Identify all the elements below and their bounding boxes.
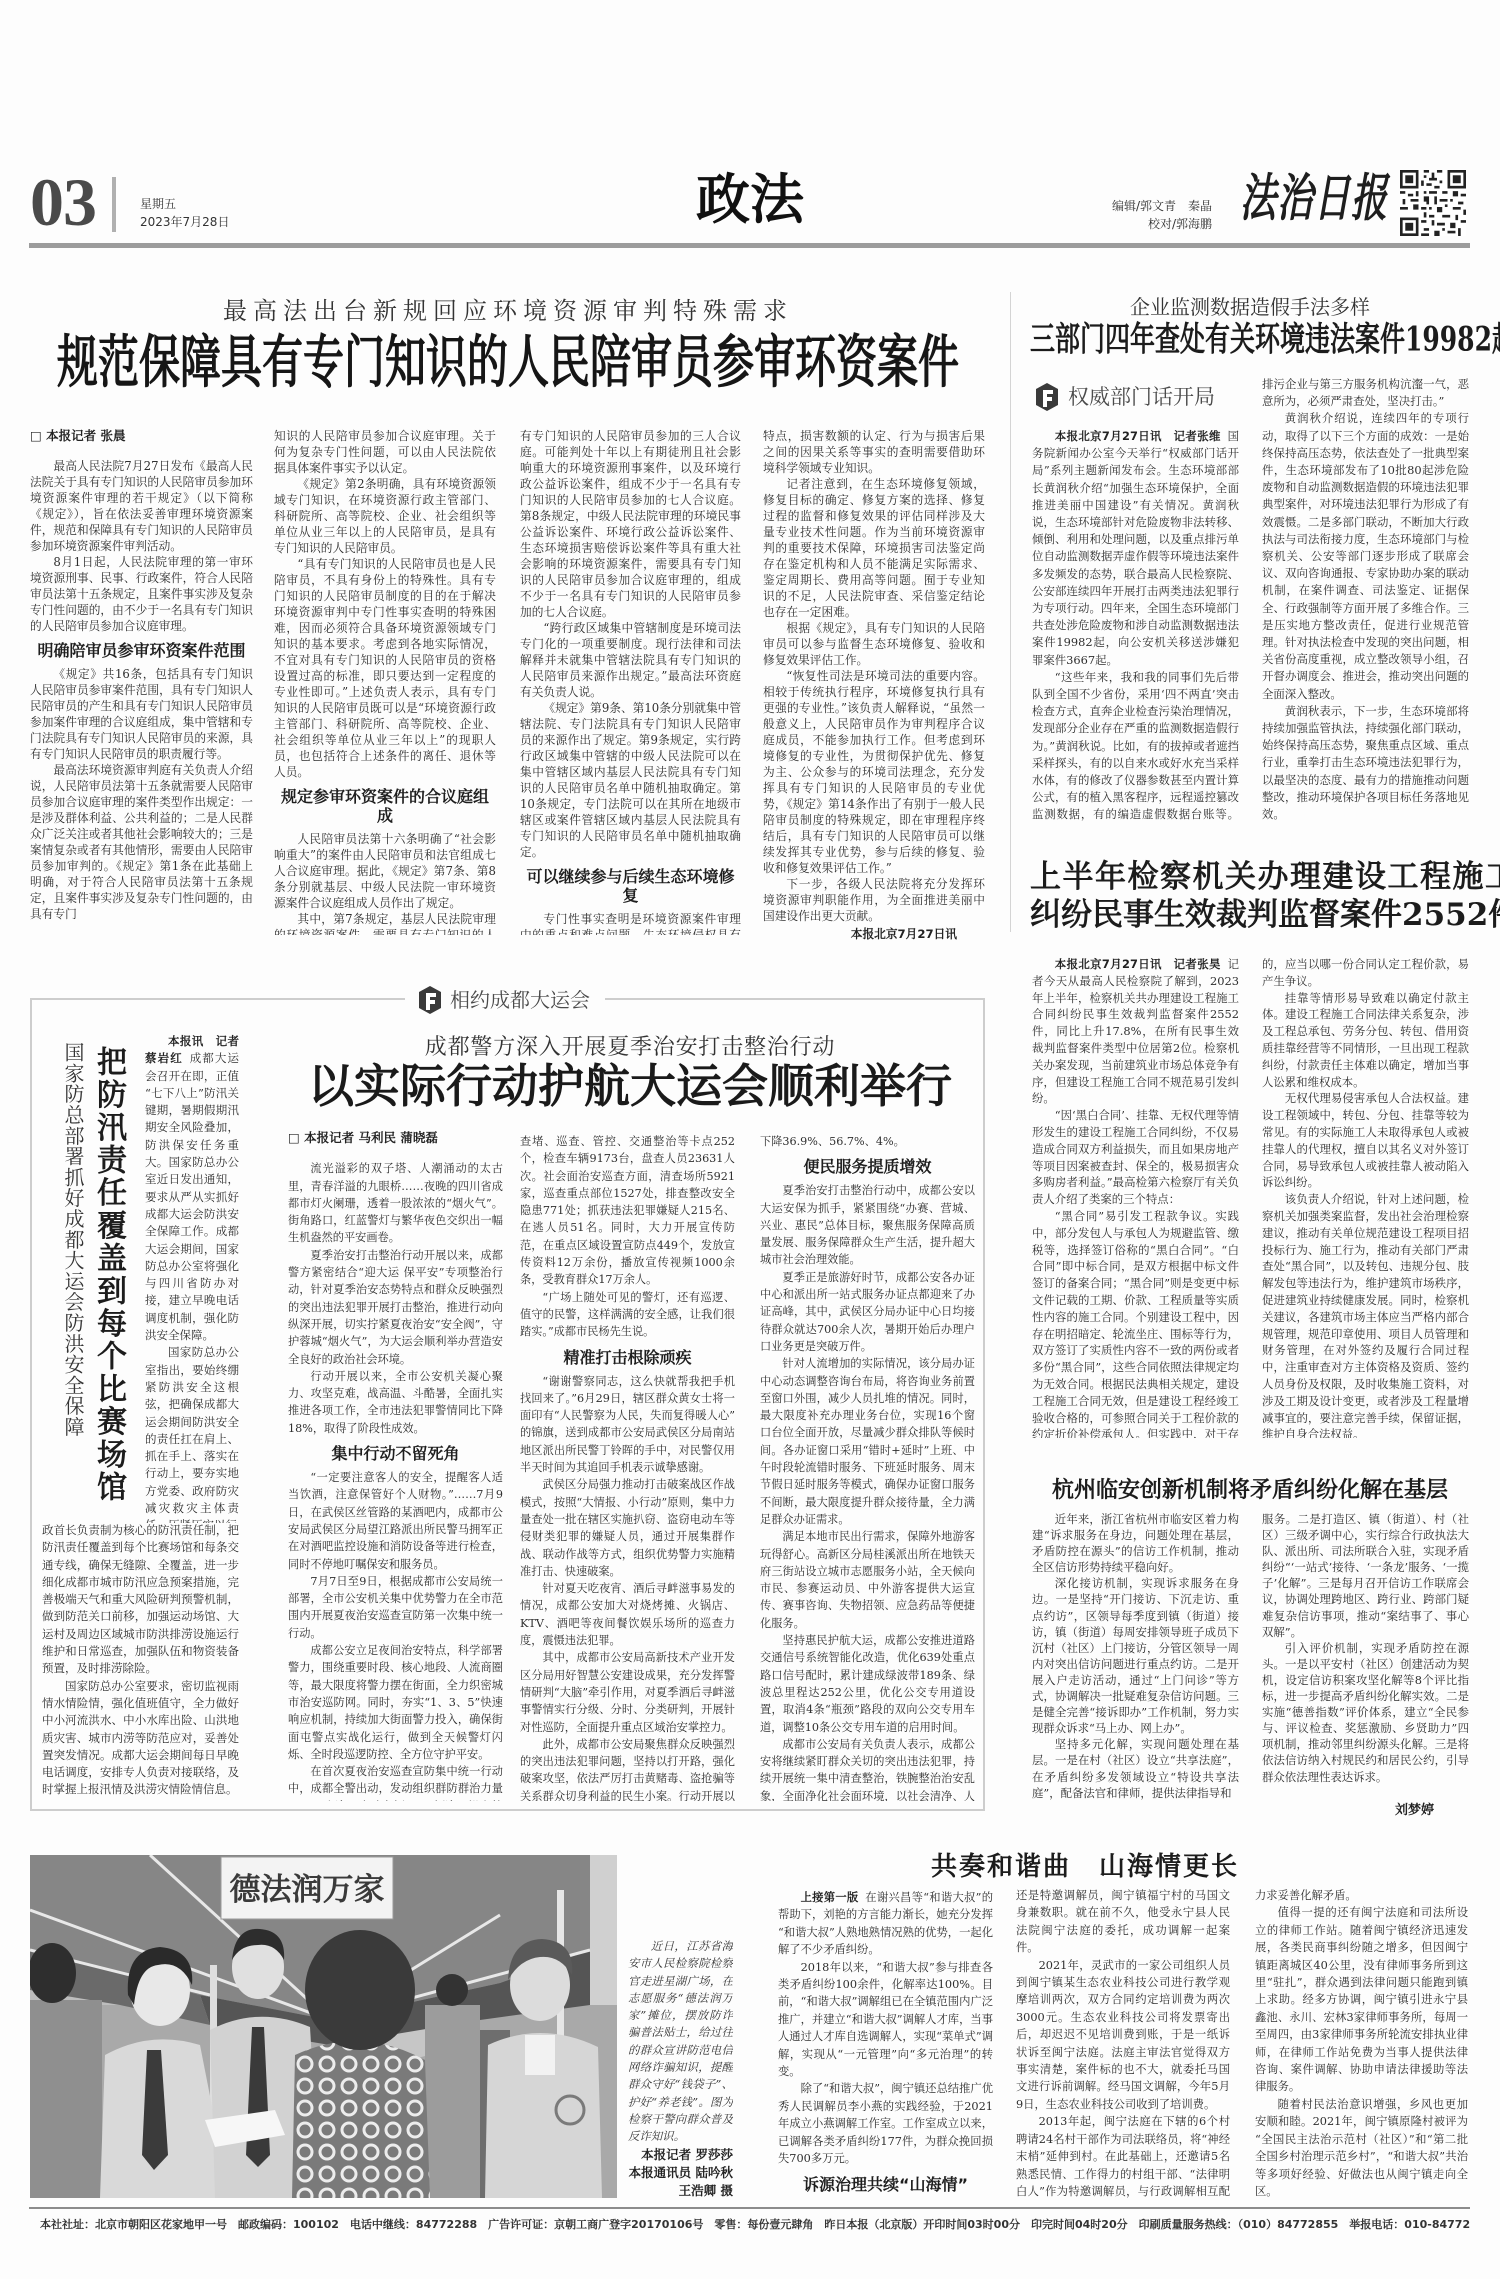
paragraph: “黑合同”易引发工程款争议。实践中，部分发包人与承包人为规避监管、缴税等，选择签…: [1032, 1208, 1239, 1438]
body-text: 行动开展以来，全市公安机关凝心聚力、攻坚克难，战高温、斗酷暑，全面扎实推进各项工…: [288, 1370, 503, 1435]
column-tag-label: 权威部门话开局: [1068, 384, 1215, 410]
body-text: 成都公安立足夜间治安特点，科学部署警力，围绕重要时段、核心地段、人流商圈等，最大…: [288, 1644, 503, 1761]
newspaper-page: 03 星期五 2023年7月28日 政法 编辑/郭文青 秦晶 校对/郭海鹏 法治…: [0, 0, 1500, 2279]
paragraph: “具有专门知识的人民陪审员也是人民陪审员，不具有身份上的特殊性。具有专门知识的人…: [274, 556, 496, 780]
body-text: □ 本报记者 马利民 蒲晓磊: [288, 1130, 438, 1145]
proofreader: 校对/郭海鹏: [1040, 217, 1212, 231]
body-text: 记者注意到，在生态环境修复领域，修复目标的确定、修复方案的选择、修复过程的监督和…: [763, 477, 985, 619]
header-divider: [112, 177, 116, 232]
body-text: 深化接访机制，实现诉求服务在身边。一是坚持“开门接访、下沉走访、重点约访”，区领…: [1032, 1576, 1239, 1735]
body-text: 8月1日起，人民法院审理的第一审环境资源刑事、民事、行政案件，符合人民陪审员法第…: [30, 555, 253, 633]
body-text: “一定要注意客人的安全，提醒客人适当饮酒，注意保管好个人财物。”……7月9日，在…: [288, 1471, 503, 1570]
flood-story-headline: 把防汛责任覆盖到每个比赛场馆: [92, 1046, 124, 1504]
paragraph: 满足本地市民出行需求，保障外地游客玩得舒心。高新区分局桂溪派出所在地铁天府三街站…: [760, 1528, 975, 1632]
body-text: 王浩卿 摄: [679, 2183, 733, 2198]
body-text: 国家防总办公室要求，密切监视雨情水情险情，强化值班值守，全力做好中小河流洪水、中…: [42, 1679, 239, 1797]
body-text: 随着村民法治意识增强，乡风也更加安顺和睦。2021年，闽宁镇原隆村被评为“全国民…: [1255, 2098, 1468, 2198]
footer-imprint: 本社社址：北京市朝阳区花家地甲一号 邮政编码：100102 电话中继线：8477…: [40, 2218, 1470, 2232]
paragraph: 最高法环境资源审判庭有关负责人介绍说，人民陪审员法第十五条就需要人民陪审员参加合…: [30, 762, 253, 922]
harmony-story-column-1: 上接第一版在谢兴昌等“和谐大叔”的帮助下，刘艳的方言能力渐长，她充分发挥“和谐大…: [778, 1889, 993, 2201]
news-photo: 德法润万家: [30, 1855, 617, 2198]
paragraph-continued: 还是特邀调解员，闽宁镇福宁村的马国文身兼数职。就在前不久，他受永宁县人民法院闽宁…: [1016, 1887, 1230, 1957]
body-text: 其中，成都市公安局高新技术产业开发区分局用好智慧公安建设成果，充分发挥警情研判“…: [520, 1651, 735, 1733]
body-text: 下一步，各级人民法院将充分发挥环境资源审判职能作用，为全面推进美丽中国建设作出更…: [763, 877, 985, 923]
paragraph: 最高人民法院7月27日发布《最高人民法院关于具有专门知识的人民陪审员参加环境资源…: [30, 458, 253, 554]
paragraph: 无权代理易侵害承包人合法权益。建设工程领域中，转包、分包、挂靠等较为常见。有的实…: [1262, 1090, 1469, 1191]
body-text: □ 本报记者 张晨: [30, 428, 126, 443]
env-story-headline: 三部门四年查处有关环境违法案件19982起: [1030, 321, 1470, 357]
body-text: 针对夏天吃夜宵、酒后寻衅滋事易发的情况，成都公安加大对烧烤摊、火锅店、KTV、酒…: [520, 1582, 735, 1647]
lead-text: 本报北京7月27日讯 记者张昊: [1055, 957, 1221, 971]
body-text: 精准打击根除顽疾: [563, 1348, 691, 1367]
body-text: 针对人流增加的实际情况，该分局办证中心动态调整咨询台布局，将咨询业务前置至窗口外…: [760, 1357, 975, 1526]
body-text: 《规定》共16条，包括具有专门知识人民陪审员参审案件范围，具有专门知识人民陪审员…: [30, 667, 253, 761]
body-text: 流光溢彩的双子塔、人潮涌动的太古里，青春洋溢的九眼桥……夜晚的四川省成都市灯火阑…: [288, 1162, 503, 1244]
header-rule: [29, 243, 1470, 248]
body-text: 满足本地市民出行需求，保障外地游客玩得舒心。高新区分局桂溪派出所在地铁天府三街站…: [760, 1530, 975, 1629]
masthead-logo: 法治日报: [1240, 170, 1395, 227]
body-text: 《规定》第9条、第10条分别就集中管辖法院、专门法院具有专门知识人民陪审员的来源…: [520, 701, 741, 859]
paragraph: “一定要注意客人的安全，提醒客人适当饮酒，注意保管好个人财物。”……7月9日，在…: [288, 1469, 503, 1573]
paragraph: 既是村组组长，又是法庭人民陪审员，: [778, 2200, 993, 2202]
paragraph: 挂靠等情形易导致难以确定付款主体。建设工程施工合同法律关系复杂，涉及工程总承包、…: [1262, 990, 1469, 1091]
paragraph: 记者注意到，在生态环境修复领域，修复目标的确定、修复方案的选择、修复过程的监督和…: [763, 476, 985, 620]
lead-story-headline: 规范保障具有专门知识的人民陪审员参审环资案件: [28, 333, 988, 391]
harmony-story-headline: 共奏和谐曲 山海情更长: [900, 1852, 1270, 1882]
lead-story-column-2: 知识的人民陪审员参加合议庭审理。关于何为复杂专门性问题，可以由人民法院依据具体案…: [274, 428, 496, 935]
body-text: 2021年，灵武市的一家公司组织人员到闽宁镇某生态农业科技公司进行教学观摩培训两…: [1016, 1959, 1230, 2111]
body-text: 本报北京7月27日讯: [851, 927, 957, 940]
env-story-column-1: 本报北京7月27日讯 记者张维国务院新闻办公室今天举行“权威部门话开局”系列主题…: [1032, 428, 1239, 825]
paragraph: “跨行政区域集中管辖制度是环境司法专门化的一项重要制度。现行法律和司法解释并未就…: [520, 620, 741, 700]
photo-credit: 王浩卿 摄: [628, 2182, 733, 2200]
paragraph: 在首次夏夜治安巡查宣防集中统一行动中，成都全警出动，发动组织群防群治力量1470…: [288, 1763, 503, 1801]
paragraph: 2021年，灵武市的一家公司组织人员到闽宁镇某生态农业科技公司进行教学观摩培训两…: [1016, 1957, 1230, 2114]
body-text: 下降36.9%、56.7%、4%。: [760, 1135, 905, 1148]
qr-code-icon: [1400, 170, 1466, 236]
paragraph-continued: 特点，损害数额的认定、行为与损害后果之间的因果关系等事实的查明需要借助环境科学领…: [763, 428, 985, 476]
paragraph: 深化接访机制，实现诉求服务在身边。一是坚持“开门接访、下沉走访、重点约访”，区领…: [1032, 1575, 1239, 1736]
harmony-story-column-2: 还是特邀调解员，闽宁镇福宁村的马国文身兼数职。就在前不久，他受永宁县人民法院闽宁…: [1016, 1887, 1230, 2201]
body-text: 力求妥善化解矛盾。: [1255, 1889, 1357, 1902]
photo-caption: 近日，江苏省海安市人民检察院检察官走进星湖广场，在志愿服务“德法润万家”摊位，摆…: [628, 1938, 733, 2203]
flood-story-wide-column: 政首长负责制为核心的防汛责任制，把防汛责任覆盖到每个比赛场馆和每条交通专线，确保…: [42, 1522, 239, 1798]
flood-story-kicker: 国家防总部署抓好成都大运会防洪安全保障: [62, 1042, 84, 1437]
paragraph: “恢复性司法是环境司法的重要内容。相较于传统执行程序，环境修复执行具有更强的专业…: [763, 668, 985, 876]
paragraph: “这些年来，我和我的同事们先后带队到全国不少省份，采用‘四不两直’突击检查方式，…: [1032, 669, 1239, 825]
hangzhou-story-column-2: 服务。二是打造区、镇（街道）、村（社区）三级矛调中心，实行综合行政执法大队、派出…: [1262, 1511, 1469, 1791]
body-text: 本报通讯员 陆吟秋: [629, 2165, 733, 2180]
body-text: 黄润秋介绍说，连续四年的专项行动，取得了以下三个方面的成效：一是始终保持高压态势…: [1262, 411, 1469, 700]
env-story-column-2: 排污企业与第三方服务机构沆瀣一气，恶意所为，必须严肃查处，坚决打击。”黄润秋介绍…: [1262, 376, 1469, 825]
body-text: 专门性事实查明是环境资源案件审理中的重点和难点问题。生态环境侵权具有长期性、隐蔽…: [520, 912, 741, 935]
paragraph: 国家防总办公室指出，要始终绷紧防洪安全这根弦，把确保成都大运会期间防洪安全的责任…: [145, 1344, 239, 1523]
body-text: 该负责人介绍说，针对上述问题，检察机关加强类案监督，发出社会治理检察建议，推动有…: [1262, 1192, 1469, 1438]
paragraph: 7月7日至9日，根据成都市公安局统一部署，全市公安机关集中优势警力在全市范围内开…: [288, 1573, 503, 1642]
paragraph: 下一步，各级人民法院将充分发挥环境资源审判职能作用，为全面推进美丽中国建设作出更…: [763, 876, 985, 924]
body-text: 黄润秋表示，下一步，生态环境部将持续加强监管执法，持续强化部门联动，始终保持高压…: [1262, 704, 1469, 821]
photo-credit: 本报通讯员 陆吟秋: [628, 2164, 733, 2182]
subheading: 规定参审环资案件的合议庭组成: [274, 787, 496, 825]
body-text: 《规定》第2条明确，具有环境资源领域专门知识，在环境资源行政主管部门、科研院所、…: [274, 477, 496, 555]
photo-banner-text: 德法润万家: [230, 1872, 385, 1908]
body-text: “黑合同”易引发工程款争议。实践中，部分发包人与承包人为规避监管、缴税等，选择签…: [1032, 1209, 1239, 1438]
section-logo-icon: [416, 985, 444, 1015]
body-text: 国家防总办公室指出，要始终绷紧防洪安全这根弦，把确保成都大运会期间防洪安全的责任…: [145, 1345, 239, 1523]
page-number: 03: [30, 168, 96, 236]
paragraph-continued: 服务。二是打造区、镇（街道）、村（社区）三级矛调中心，实行综合行政执法大队、派出…: [1262, 1511, 1469, 1640]
section-title: 政法: [686, 170, 814, 228]
paragraph: 近日，江苏省海安市人民检察院检察官走进星湖广场，在志愿服务“德法润万家”摊位，摆…: [628, 1938, 733, 2146]
paragraph: 2013年起，闽宁法庭在下辖的6个村聘请24名村干部作为司法联络员，将“神经末梢…: [1016, 2113, 1230, 2201]
lead-story-column-4: 特点，损害数额的认定、行为与损害后果之间的因果关系等事实的查明需要借助环境科学领…: [763, 428, 985, 940]
paragraph: 近年来，浙江省杭州市临安区着力构建“诉求服务在身边，问题处理在基层，矛盾防控在源…: [1032, 1511, 1239, 1575]
paragraph: 本报北京7月27日讯 记者张维国务院新闻办公室今天举行“权威部门话开局”系列主题…: [1032, 428, 1239, 669]
paragraph-continued: 有专门知识的人民陪审员参加的三人合议庭。可能判处十年以上有期徒刑且社会影响重大的…: [520, 428, 741, 620]
body-text: 其中，第7条规定，基层人民法院审理的环境资源案件，需要具有专门知识的人民陪审员参…: [274, 912, 496, 935]
photo-credit: 本报记者 罗莎莎: [628, 2146, 733, 2164]
body-text: 成都市公安局有关负责人表示，成都公安将继续紧盯群众关切的突出违法犯罪，持续开展统…: [760, 1738, 975, 1801]
body-text: 无权代理易侵害承包人合法权益。建设工程领域中，转包、分包、挂靠等较为常见。有的实…: [1262, 1091, 1469, 1189]
body-text: 坚持惠民护航大运，成都公安推进道路交通信号系统智能化改造，优化639处重点路口信…: [760, 1634, 975, 1733]
body-text: 值得一提的还有闽宁法庭和司法所设立的律师工作站。随着闽宁镇经济迅速发展，各类民商…: [1255, 1906, 1468, 2093]
paragraph: 8月1日起，人民法院审理的第一审环境资源刑事、民事、行政案件，符合人民陪审员法第…: [30, 554, 253, 634]
body-text: 成都大运会召开在即，正值“七下八上”防汛关键期，暑期假期汛期安全风险叠加，防洪保…: [145, 1051, 239, 1342]
body-text: 夏季正是旅游好时节，成都公安各办证中心和派出所一站式服务办证点都迎来了办证高峰，…: [760, 1271, 975, 1353]
paragraph: 此外，成都市公安局聚焦群众反映强烈的突出违法犯罪问题，坚持以打开路，强化破案攻坚…: [520, 1736, 735, 1801]
body-text: 诉源治理共续“山海情”: [803, 2175, 968, 2194]
paragraph: 针对人流增加的实际情况，该分局办证中心动态调整咨询台布局，将咨询业务前置至窗口外…: [760, 1355, 975, 1528]
body-text: 人民陪审员法第十六条明确了“社会影响重大”的案件由人民陪审员和法官组成七人合议庭…: [274, 832, 496, 910]
paragraph: 黄润秋表示，下一步，生态环境部将持续加强监管执法，持续强化部门联动，始终保持高压…: [1262, 703, 1469, 823]
hangzhou-story-column-1: 近年来，浙江省杭州市临安区着力构建“诉求服务在身边，问题处理在基层，矛盾防控在源…: [1032, 1511, 1239, 1803]
body-text: 近年来，浙江省杭州市临安区着力构建“诉求服务在身边，问题处理在基层，矛盾防控在源…: [1032, 1512, 1239, 1574]
paragraph: 该负责人介绍说，针对上述问题，检察机关加强类案监督，发出社会治理检察建议，推动有…: [1262, 1191, 1469, 1438]
body-text: 夏季治安打击整治行动开展以来，成都警方紧密结合“迎大运 保平安”专项整治行动，针…: [288, 1249, 503, 1366]
body-text: 此外，成都市公安局聚焦群众反映强烈的突出违法犯罪问题，坚持以打开路，强化破案攻坚…: [520, 1738, 735, 1801]
lead-text: 本报北京7月27日讯 记者张维: [1055, 429, 1221, 443]
paragraph-continued: 力求妥善化解矛盾。: [1255, 1887, 1468, 1904]
paragraph: 2018年以来，“和谐大叔”参与排查各类矛盾纠纷100余件，化解率达100%。目…: [778, 1959, 993, 2081]
hangzhou-story-author: 刘梦婷: [1395, 1803, 1455, 1819]
paragraph: 值得一提的还有闽宁法庭和司法所设立的律师工作站。随着闽宁镇经济迅速发展，各类民商…: [1255, 1904, 1468, 2095]
paragraph: 其中，成都市公安局高新技术产业开发区分局用好智慧公安建设成果，充分发挥警情研判“…: [520, 1649, 735, 1735]
body-text: 还是特邀调解员，闽宁镇福宁村的马国文身兼数职。就在前不久，他受永宁县人民法院闽宁…: [1016, 1889, 1230, 1954]
body-text: 特点，损害数额的认定、行为与损害后果之间的因果关系等事实的查明需要借助环境科学领…: [763, 429, 985, 475]
lead-story-column-3: 有专门知识的人民陪审员参加的三人合议庭。可能判处十年以上有期徒刑且社会影响重大的…: [520, 428, 741, 935]
body-text: 7月7日至9日，根据成都市公安局统一部署，全市公安机关集中优势警力在全市范围内开…: [288, 1575, 503, 1640]
body-text: 2018年以来，“和谐大叔”参与排查各类矛盾纠纷100余件，化解率达100%。目…: [778, 1961, 993, 2078]
paragraph: 除了“和谐大叔”，闽宁镇还总结推广优秀人民调解员李小燕的实践经验，于2021年成…: [778, 2080, 993, 2167]
body-text: “广场上随处可见的警灯，还有巡逻、值守的民警，这样满满的安全感，让我们很踏实。”…: [520, 1291, 735, 1339]
body-text: 夏季治安打击整治行动中，成都公安以大运安保为抓手，紧紧围绕“办赛、营城、兴业、惠…: [760, 1184, 975, 1266]
body-text: 除了“和谐大叔”，闽宁镇还总结推广优秀人民调解员李小燕的实践经验，于2021年成…: [778, 2082, 993, 2165]
paragraph-continued: 政首长负责制为核心的防汛责任制，把防汛责任覆盖到每个比赛场馆和每条交通专线，确保…: [42, 1522, 239, 1678]
body-text: 2013年起，闽宁法庭在下辖的6个村聘请24名村干部作为司法联络员，将“神经末梢…: [1016, 2115, 1230, 2201]
body-text: 明确陪审员参审环资案件范围: [37, 641, 245, 660]
dateline: 本报北京7月27日讯: [763, 926, 985, 940]
police-story-kicker: 成都警方深入开展夏季治安打击整治行动: [420, 1036, 840, 1060]
body-text: 有专门知识的人民陪审员参加的三人合议庭。可能判处十年以上有期徒刑且社会影响重大的…: [520, 429, 741, 619]
paragraph: 根据《规定》，具有专门知识的人民陪审员可以参与监督生态环境修复、验收和修复效果评…: [763, 620, 985, 668]
body-text: 可以继续参与后续生态环境修复: [526, 867, 734, 905]
footer-rule: [29, 2207, 1470, 2209]
body-text: 国务院新闻办公室今天举行“权威部门话开局”系列主题新闻发布会。生态环境部部长黄润…: [1032, 429, 1239, 667]
subheading: 可以继续参与后续生态环境修复: [520, 867, 741, 905]
paragraph: 引入评价机制，实现矛盾防控在源头。一是以平安村（社区）创建活动为契机，设定信访积…: [1262, 1640, 1469, 1785]
issue-date: 2023年7月28日: [140, 215, 229, 229]
body-text: 挂靠等情形易导致难以确定付款主体。建设工程施工合同法律关系复杂，涉及工程总承包、…: [1262, 991, 1469, 1089]
lead-story-column-1: □ 本报记者 张晨最高人民法院7月27日发布《最高人民法院关于具有专门知识的人民…: [30, 428, 253, 935]
subheading: 明确陪审员参审环资案件范围: [30, 641, 253, 660]
paragraph: “广场上随处可见的警灯，还有巡逻、值守的民警，这样满满的安全感，让我们很踏实。”…: [520, 1289, 735, 1341]
photo-illustration: 德法润万家: [30, 1855, 617, 2198]
subheading: 精准打击根除顽疾: [520, 1348, 735, 1367]
paragraph: 专门性事实查明是环境资源案件审理中的重点和难点问题。生态环境侵权具有长期性、隐蔽…: [520, 911, 741, 935]
flood-story-narrow-column: 本报讯 记者蔡岩红成都大运会召开在即，正值“七下八上”防汛关键期，暑期假期汛期安…: [145, 1033, 239, 1523]
body-text: 排污企业与第三方服务机构沆瀣一气，恶意所为，必须严肃查处，坚决打击。”: [1262, 377, 1469, 408]
paragraph: 《规定》第2条明确，具有环境资源领域专门知识，在环境资源行政主管部门、科研院所、…: [274, 476, 496, 556]
paragraph: 本报讯 记者蔡岩红成都大运会召开在即，正值“七下八上”防汛关键期，暑期假期汛期安…: [145, 1033, 239, 1344]
paragraph: “谢谢警察同志，这么快就帮我把手机找回来了。”6月29日，辖区群众黄女士将一面印…: [520, 1373, 735, 1477]
body-text: 本报记者 罗莎莎: [641, 2147, 733, 2162]
paragraph: 《规定》共16条，包括具有专门知识人民陪审员参审案件范围，具有专门知识人民陪审员…: [30, 666, 253, 762]
column-separator: [1010, 292, 1011, 932]
subheading: 集中行动不留死角: [288, 1444, 503, 1463]
body-text: 在首次夏夜治安巡查宣防集中统一行动中，成都全警出动，发动组织群防群治力量1470…: [288, 1765, 503, 1801]
body-text: 最高法环境资源审判庭有关负责人介绍说，人民陪审员法第十五条就需要人民陪审员参加合…: [30, 763, 253, 921]
body-text: 便民服务提质增效: [803, 1157, 931, 1176]
editors: 编辑/郭文青 秦晶: [1040, 199, 1212, 213]
body-text: 引入评价机制，实现矛盾防控在源头。一是以平安村（社区）创建活动为契机，设定信访积…: [1262, 1641, 1469, 1784]
procuratorate-story-column-1: 本报北京7月27日讯 记者张昊记者今天从最高人民检察院了解到，2023年上半年，…: [1032, 956, 1239, 1438]
lead-text: 上接第一版: [801, 1891, 859, 1904]
body-text: “恢复性司法是环境司法的重要内容。相较于传统执行程序，环境修复执行具有更强的专业…: [763, 669, 985, 875]
paragraph-continued: 查堵、巡查、管控、交通整治等卡点252个，检查车辆9173台，盘查人员23631…: [520, 1133, 735, 1289]
paragraph: “因‘黑白合同’、挂靠、无权代理等情形发生的建设工程施工合同纠纷，不仅易造成合同…: [1032, 1107, 1239, 1208]
body-text: 集中行动不留死角: [331, 1444, 459, 1463]
body-text: 政首长负责制为核心的防汛责任制，把防汛责任覆盖到每个比赛场馆和每条交通专线，确保…: [42, 1523, 239, 1675]
subheading: 诉源治理共续“山海情”: [778, 2175, 993, 2194]
body-text: 服务。二是打造区、镇（街道）、村（社区）三级矛调中心，实行综合行政执法大队、派出…: [1262, 1512, 1469, 1639]
paragraph: 黄润秋介绍说，连续四年的专项行动，取得了以下三个方面的成效：一是始终保持高压态势…: [1262, 410, 1469, 702]
harmony-story-column-3: 力求妥善化解矛盾。值得一提的还有闽宁法庭和司法所设立的律师工作站。随着闽宁镇经济…: [1255, 1887, 1468, 2201]
paragraph-continued: 下降36.9%、56.7%、4%。: [760, 1133, 975, 1150]
paragraph: 《规定》第9条、第10条分别就集中管辖法院、专门法院具有专门知识人民陪审员的来源…: [520, 700, 741, 860]
procuratorate-story-headline-line-2: 纠纷民事生效裁判监督案件2552件: [1030, 896, 1470, 934]
police-story-headline: 以实际行动护航大运会顺利举行: [290, 1058, 970, 1114]
procuratorate-story-column-2: 的，应当以哪一份合同认定工程价款，易产生争议。挂靠等情形易导致难以确定付款主体。…: [1262, 956, 1469, 1438]
body-text: “这些年来，我和我的同事们先后带队到全国不少省份，采用‘四不两直’突击检查方式，…: [1032, 670, 1239, 825]
paragraph: 本报北京7月27日讯 记者张昊记者今天从最高人民检察院了解到，2023年上半年，…: [1032, 956, 1239, 1107]
paragraph: 武侯区分局强力推动打击破案战区作战模式，按照“大情报、小行动”原则，集中力量查处…: [520, 1476, 735, 1580]
paragraph: 流光溢彩的双子塔、人潮涌动的太古里，青春洋溢的九眼桥……夜晚的四川省成都市灯火阑…: [288, 1160, 503, 1246]
body-text: 的，应当以哪一份合同认定工程价款，易产生争议。: [1262, 957, 1469, 988]
byline: □ 本报记者 张晨: [30, 428, 253, 444]
body-text: 规定参审环资案件的合议庭组成: [281, 787, 489, 825]
body-text: 知识的人民陪审员参加合议庭审理。关于何为复杂专门性问题，可以由人民法院依据具体案…: [274, 429, 496, 475]
weekday: 星期五: [140, 197, 176, 211]
section-banner-label: 相约成都大运会: [450, 988, 590, 1012]
byline: □ 本报记者 马利民 蒲晓磊: [288, 1129, 503, 1146]
body-text: 近日，江苏省海安市人民检察院检察官走进星湖广场，在志愿服务“德法润万家”摊位，摆…: [628, 1939, 733, 2143]
paragraph: 行动开展以来，全市公安机关凝心聚力、攻坚克难，战高温、斗酷暑，全面扎实推进各项工…: [288, 1368, 503, 1437]
paragraph-continued: 的，应当以哪一份合同认定工程价款，易产生争议。: [1262, 956, 1469, 990]
env-story-kicker: 企业监测数据造假手法多样: [1100, 296, 1400, 318]
police-story-column-1: □ 本报记者 马利民 蒲晓磊流光溢彩的双子塔、人潮涌动的太古里，青春洋溢的九眼桥…: [288, 1129, 503, 1801]
paragraph: 成都公安立足夜间治安特点，科学部署警力，围绕重要时段、核心地段、人流商圈等，最大…: [288, 1642, 503, 1763]
police-story-column-2: 查堵、巡查、管控、交通整治等卡点252个，检查车辆9173台，盘查人员23631…: [520, 1133, 735, 1801]
police-story-column-3: 下降36.9%、56.7%、4%。便民服务提质增效夏季治安打击整治行动中，成都公…: [760, 1133, 975, 1801]
body-text: “具有专门知识的人民陪审员也是人民陪审员，不具有身份上的特殊性。具有专门知识的人…: [274, 557, 496, 779]
paragraph: 成都市公安局有关负责人表示，成都公安将继续紧盯群众关切的突出违法犯罪，持续开展统…: [760, 1736, 975, 1801]
body-text: “跨行政区域集中管辖制度是环境司法专门化的一项重要制度。现行法律和司法解释并未就…: [520, 621, 741, 699]
body-text: 最高人民法院7月27日发布《最高人民法院关于具有专门知识的人民陪审员参加环境资源…: [30, 459, 253, 553]
paragraph: 其中，第7条规定，基层人民法院审理的环境资源案件，需要具有专门知识的人民陪审员参…: [274, 911, 496, 935]
paragraph: 随着村民法治意识增强，乡风也更加安顺和睦。2021年，闽宁镇原隆村被评为“全国民…: [1255, 2096, 1468, 2200]
paragraph: 夏季治安打击整治行动中，成都公安以大运安保为抓手，紧紧围绕“办赛、营城、兴业、惠…: [760, 1182, 975, 1268]
paragraph: 针对夏天吃夜宵、酒后寻衅滋事易发的情况，成都公安加大对烧烤摊、火锅店、KTV、酒…: [520, 1580, 735, 1649]
subheading: 便民服务提质增效: [760, 1157, 975, 1176]
paragraph: 人民陪审员法第十六条明确了“社会影响重大”的案件由人民陪审员和法官组成七人合议庭…: [274, 831, 496, 911]
body-text: “因‘黑白合同’、挂靠、无权代理等情形发生的建设工程施工合同纠纷，不仅易造成合同…: [1032, 1108, 1239, 1206]
body-text: “谢谢警察同志，这么快就帮我把手机找回来了。”6月29日，辖区群众黄女士将一面印…: [520, 1375, 735, 1474]
paragraph: 国家防总办公室要求，密切监视雨情水情险情，强化值班值守，全力做好中小河流洪水、中…: [42, 1678, 239, 1798]
paragraph: 夏季正是旅游好时节，成都公安各办证中心和派出所一站式服务办证点都迎来了办证高峰，…: [760, 1269, 975, 1355]
procuratorate-story-headline-line-1: 上半年检察机关办理建设工程施工合同: [1030, 858, 1470, 896]
section-logo-icon: [1033, 382, 1061, 412]
paragraph-continued: 排污企业与第三方服务机构沆瀣一气，恶意所为，必须严肃查处，坚决打击。”: [1262, 376, 1469, 410]
hangzhou-story-headline: 杭州临安创新机制将矛盾纠纷化解在基层: [1030, 1477, 1470, 1503]
paragraph: 坚持多元化解，实现问题处理在基层。一是在村（社区）设立“共享法庭”，在矛盾纠纷多…: [1032, 1736, 1239, 1800]
body-text: 记者今天从最高人民检察院了解到，2023年上半年，检察机关共办理建设工程施工合同…: [1032, 957, 1239, 1105]
paragraph-continued: 知识的人民陪审员参加合议庭审理。关于何为复杂专门性问题，可以由人民法院依据具体案…: [274, 428, 496, 476]
paragraph: 夏季治安打击整治行动开展以来，成都警方紧密结合“迎大运 保平安”专项整治行动，针…: [288, 1247, 503, 1368]
body-text: 武侯区分局强力推动打击破案战区作战模式，按照“大情报、小行动”原则，集中力量查处…: [520, 1478, 735, 1577]
body-text: 查堵、巡查、管控、交通整治等卡点252个，检查车辆9173台，盘查人员23631…: [520, 1135, 735, 1286]
paragraph: 上接第一版在谢兴昌等“和谐大叔”的帮助下，刘艳的方言能力渐长，她充分发挥“和谐大…: [778, 1889, 993, 1959]
body-text: 根据《规定》，具有专门知识的人民陪审员可以参与监督生态环境修复、验收和修复效果评…: [763, 621, 985, 667]
lead-story-kicker: 最高法出台新规回应环境资源审判特殊需求: [200, 298, 816, 324]
body-text: 坚持多元化解，实现问题处理在基层。一是在村（社区）设立“共享法庭”，在矛盾纠纷多…: [1032, 1737, 1239, 1799]
paragraph: 坚持惠民护航大运，成都公安推进道路交通信号系统智能化改造，优化639处重点路口信…: [760, 1632, 975, 1736]
